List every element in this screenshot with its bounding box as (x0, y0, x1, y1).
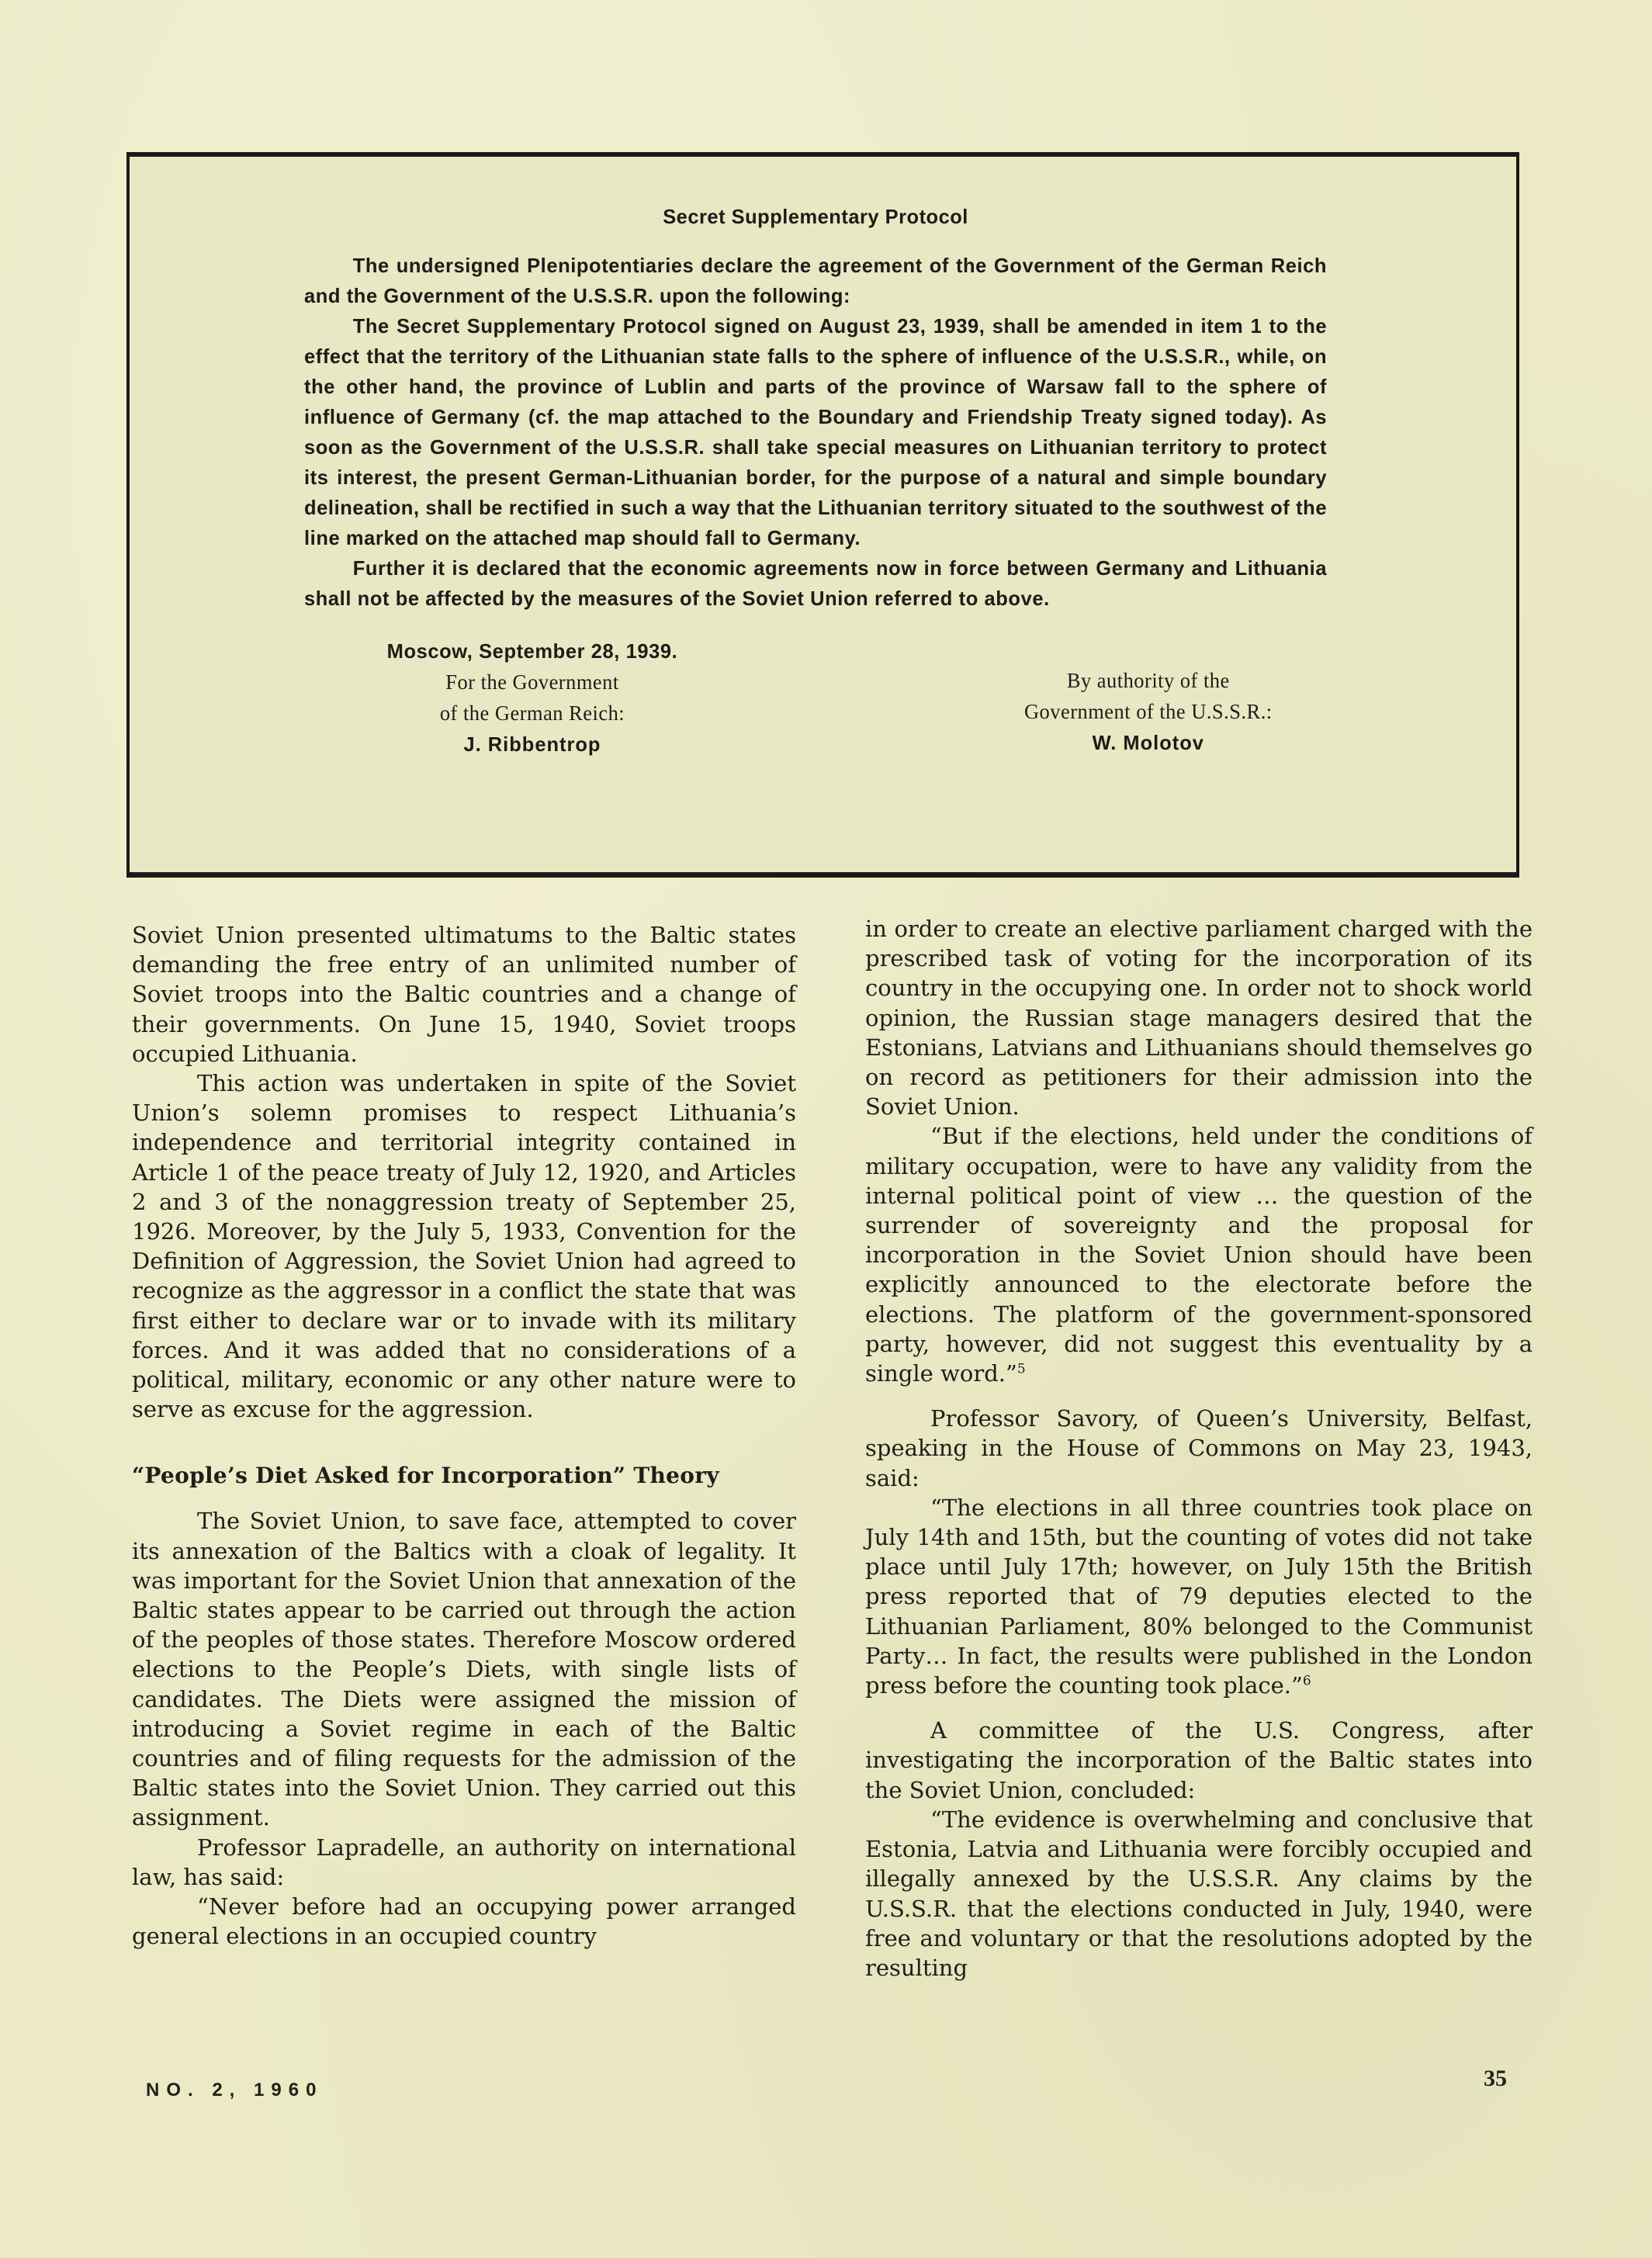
footnote-marker: 6 (1303, 1673, 1311, 1688)
protocol-content: Secret Supplementary Protocol The unders… (304, 202, 1327, 767)
place-date: Moscow, September 28, 1939. (320, 635, 746, 667)
signatory-line: For the Government (320, 667, 746, 698)
issue-label: NO. 2, 1960 (146, 2080, 323, 2101)
section-heading: “People’s Diet Asked for Incorporation” … (132, 1461, 796, 1491)
signature-block: Moscow, September 28, 1939. For the Gove… (304, 635, 1327, 767)
quote-paragraph: “The elections in all three countries to… (865, 1493, 1533, 1700)
quote-paragraph: “The evidence is overwhelming and conclu… (865, 1805, 1533, 1983)
body-paragraph: A committee of the U.S. Congress, after … (865, 1716, 1533, 1805)
protocol-paragraph: The undersigned Plenipotentiaries declar… (304, 251, 1327, 311)
signatory-name: J. Ribbentrop (320, 729, 746, 760)
body-paragraph: Soviet Union presented ultimatums to the… (132, 920, 796, 1068)
quote-paragraph: “But if the elections, held under the co… (865, 1121, 1533, 1388)
paragraph-gap (865, 1388, 1533, 1404)
signatory-german: Moscow, September 28, 1939. For the Gove… (320, 635, 746, 760)
protocol-title: Secret Supplementary Protocol (304, 202, 1327, 232)
document-page: Secret Supplementary Protocol The unders… (0, 0, 1652, 2258)
signatory-line: By authority of the (973, 665, 1323, 696)
quote-paragraph: in order to create an elective parliamen… (865, 914, 1533, 1121)
protocol-box: Secret Supplementary Protocol The unders… (126, 152, 1519, 878)
protocol-paragraph: Further it is declared that the economic… (304, 553, 1327, 614)
signatory-ussr: By authority of the Government of the U.… (973, 665, 1323, 758)
footnote-marker: 5 (1017, 1361, 1026, 1377)
quote-text: “But if the elections, held under the co… (865, 1123, 1533, 1387)
signatory-line: Government of the U.S.S.R.: (973, 696, 1323, 727)
body-paragraph: This action was undertaken in spite of t… (132, 1068, 796, 1424)
protocol-paragraph: The Secret Supplementary Protocol signed… (304, 311, 1327, 553)
left-column: Soviet Union presented ultimatums to the… (132, 920, 796, 1952)
signatory-name: W. Molotov (973, 727, 1323, 758)
paragraph-gap (865, 1700, 1533, 1716)
quote-paragraph: “Never before had an occupying power arr… (132, 1892, 796, 1951)
right-column: in order to create an elective parliamen… (865, 914, 1533, 1983)
page-number: 35 (1484, 2066, 1507, 2092)
body-paragraph: Professor Lapradelle, an authority on in… (132, 1833, 796, 1892)
quote-text: “The elections in all three countries to… (865, 1494, 1533, 1699)
body-paragraph: Professor Savory, of Queen’s University,… (865, 1404, 1533, 1493)
signatory-line: of the German Reich: (320, 698, 746, 729)
body-paragraph: The Soviet Union, to save face, attempte… (132, 1506, 796, 1832)
